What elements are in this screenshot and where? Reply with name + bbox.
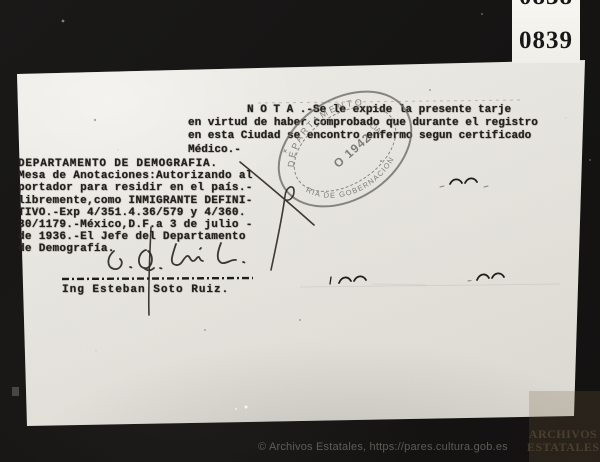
- text-line: libremente,como INMIGRANTE DEFINI-: [18, 195, 253, 207]
- archive-label-strip: 0838 0839: [512, 0, 580, 63]
- label-number-bottom: 0839: [512, 27, 580, 55]
- nota-paragraph: N O T A .-Se le expide la presente tarje…: [188, 104, 538, 157]
- archive-logo: ARCHIVOS ESTATALES: [527, 428, 599, 454]
- department-paragraph: DEPARTAMENTO DE DEMOGRAFIA.Mesa de Anota…: [18, 158, 253, 256]
- watermark-credit: © Archivos Estatales, https://pares.cult…: [258, 441, 508, 453]
- text-line: Médico.-: [188, 144, 538, 157]
- scan-frame: N O T A .-Se le expide la presente tarje…: [0, 0, 600, 462]
- text-line: N O T A .-Se le expide la presente tarje: [188, 104, 538, 117]
- signer-name: Ing Esteban Soto Ruiz.: [62, 284, 229, 296]
- text-line: portador para residir en el país.-: [18, 182, 253, 194]
- text-line: en esta Ciudad se encontro enfermo segun…: [188, 130, 538, 143]
- text-line: en virtud de haber comprobado que durant…: [188, 117, 538, 130]
- text-line: de Demografía.: [18, 243, 253, 255]
- label-number-top: 0838: [512, 0, 580, 11]
- text-line: Mesa de Anotaciones:Autorizando al: [18, 170, 253, 182]
- text-line: TIVO.-Exp 4/351.4.36/579 y 4/360.: [18, 207, 253, 219]
- text-line: de 1936.-El Jefe del Departamento: [18, 231, 253, 243]
- text-line: DEPARTAMENTO DE DEMOGRAFIA.: [18, 158, 253, 170]
- archive-logo-line: ESTATALES: [527, 441, 599, 454]
- text-line: 30/1179.-México,D.F.a 3 de julio -: [18, 219, 253, 231]
